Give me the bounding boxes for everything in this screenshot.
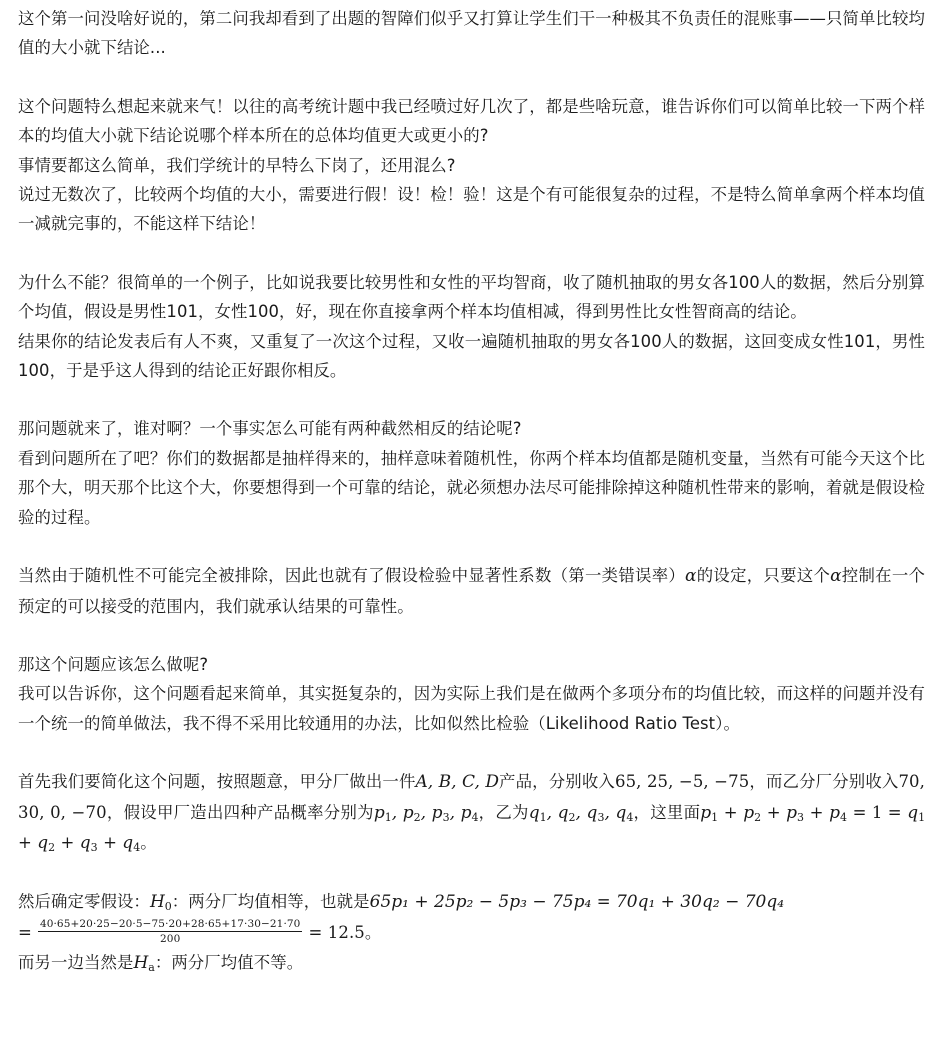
rant-line-1: 这个问题特么想起来就来气！以往的高考统计题中我已经喷过好几次了，都是些啥玩意，谁… (18, 92, 925, 151)
intro-text: 这个第一问没啥好说的，第二问我却看到了出题的智障们似乎又打算让学生们干一种极其不… (18, 9, 925, 57)
ha-symbol: Ha (133, 953, 154, 973)
paragraph-hypothesis: 然后确定零假设：H0：两分厂均值相等，也就是65p₁ + 25p₂ − 5p₃ … (18, 887, 925, 978)
equals-sign: = (308, 923, 327, 942)
hypothesis-text-2: ：两分厂均值相等，也就是 (172, 892, 370, 911)
estimate-result: 12.5 (328, 923, 365, 942)
estimate-fraction: 40·65+20·25−20·5−75·20+28·65+17·30−21·70… (38, 918, 303, 945)
period: 。 (365, 923, 382, 942)
null-hypothesis-line: 然后确定零假设：H0：两分厂均值相等，也就是65p₁ + 25p₂ − 5p₃ … (18, 887, 925, 917)
products-math: A, B, C, D (416, 772, 499, 792)
example-line-1: 为什么不能？很简单的一个例子，比如说我要比较男性和女性的平均智商，收了随机抽取的… (18, 268, 925, 327)
paragraph-intro: 这个第一问没啥好说的，第二问我却看到了出题的智障们似乎又打算让学生们干一种极其不… (18, 4, 925, 63)
alpha-symbol: α (685, 566, 696, 586)
setup-text-3: ，而乙分厂分别收入 (749, 772, 898, 791)
rant-line-3: 说过无数次了，比较两个均值的大小，需要进行假！设！检！验！这是个有可能很复杂的过… (18, 180, 925, 239)
alt-text-1: 而另一边当然是 (18, 953, 133, 972)
paragraph-alpha: 当然由于随机性不可能完全被排除，因此也就有了假设检验中显著性系数（第一类错误率）… (18, 561, 925, 621)
h0-symbol: H0 (150, 892, 172, 912)
setup-text-4: ，假设甲厂造出四种产品概率分别为 (107, 803, 374, 822)
alternative-hypothesis-line: 而另一边当然是Ha：两分厂均值不等。 (18, 948, 925, 978)
answer-body: 这个第一问没啥好说的，第二问我却看到了出题的智障们似乎又打算让学生们干一种极其不… (0, 0, 937, 978)
setup-text-6: ，这里面 (633, 803, 700, 822)
randomness-line-1: 那问题就来了，谁对啊？一个事实怎么可能有两种截然相反的结论呢? (18, 414, 925, 443)
equals-sign: = (18, 923, 32, 942)
setup-text-1: 首先我们要简化这个问题，按照题意，甲分厂做出一件 (18, 772, 416, 791)
paragraph-randomness: 那问题就来了，谁对啊？一个事实怎么可能有两种截然相反的结论呢? 看到问题所在了吧… (18, 414, 925, 532)
setup-text-2: 产品，分别收入 (499, 772, 615, 791)
example-line-2: 结果你的结论发表后有人不爽，又重复了一次这个过程，又收一遍随机抽取的男女各100… (18, 327, 925, 386)
paragraph-example: 为什么不能？很简单的一个例子，比如说我要比较男性和女性的平均智商，收了随机抽取的… (18, 268, 925, 386)
paragraph-setup: 首先我们要简化这个问题，按照题意，甲分厂做出一件A, B, C, D产品，分别收… (18, 767, 925, 858)
randomness-line-2: 看到问题所在了吧？你们的数据都是抽样得来的，抽样意味着随机性，你两个样本均值都是… (18, 444, 925, 532)
alpha-text-2: 的设定，只要这个 (697, 566, 831, 585)
alpha-text-1: 当然由于随机性不可能完全被排除，因此也就有了假设检验中显著性系数（第一类错误率） (18, 566, 685, 585)
fraction-denominator: 200 (38, 932, 303, 945)
p-list-math: p1, p2, p3, p4 (374, 803, 479, 823)
estimate-line: =40·65+20·25−20·5−75·20+28·65+17·30−21·7… (18, 918, 925, 948)
hypothesis-text-1: 然后确定零假设： (18, 892, 150, 911)
setup-text-5: ，乙为 (478, 803, 528, 822)
q-list-math: q1, q2, q3, q4 (529, 803, 634, 823)
paragraph-method: 那这个问题应该怎么做呢? 我可以告诉你，这个问题看起来简单，其实挺复杂的，因为实… (18, 650, 925, 738)
revenue-a-math: 65, 25, −5, −75 (615, 772, 749, 791)
method-line-1: 那这个问题应该怎么做呢? (18, 650, 925, 679)
alpha-symbol: α (830, 566, 841, 586)
alt-text-2: ：两分厂均值不等。 (155, 953, 303, 972)
rant-line-2: 事情要都这么简单，我们学统计的早特么下岗了，还用混么? (18, 151, 925, 180)
setup-text-7: 。 (140, 833, 157, 852)
paragraph-rant: 这个问题特么想起来就来气！以往的高考统计题中我已经喷过好几次了，都是些啥玩意，谁… (18, 92, 925, 239)
method-line-2: 我可以告诉你，这个问题看起来简单，其实挺复杂的，因为实际上我们是在做两个多项分布… (18, 679, 925, 738)
fraction-numerator: 40·65+20·25−20·5−75·20+28·65+17·30−21·70 (38, 918, 303, 932)
mean-equation-math: 65p₁ + 25p₂ − 5p₃ − 75p₄ = 70q₁ + 30q₂ −… (370, 892, 784, 912)
